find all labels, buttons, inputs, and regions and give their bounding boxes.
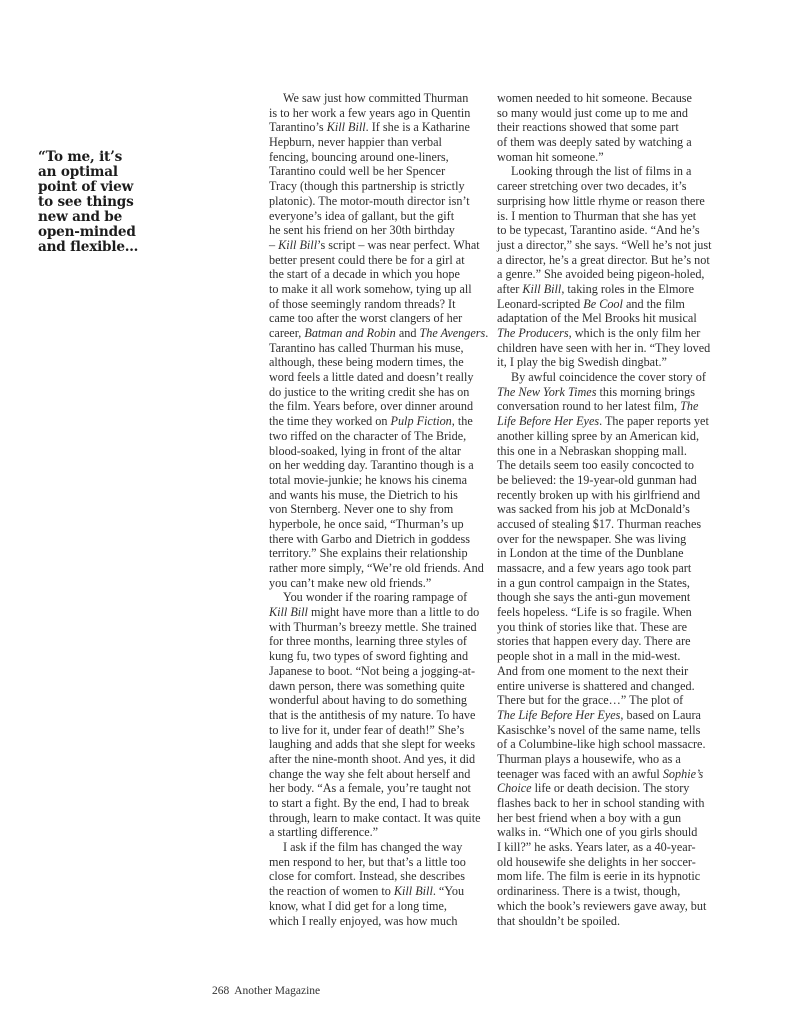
italic-title: Kill Bill bbox=[394, 884, 433, 898]
article-line: walks in. “Which one of you girls should bbox=[497, 825, 729, 840]
article-line: change the way she felt about herself an… bbox=[269, 767, 491, 782]
text-run: Thurman plays a housewife, who as a bbox=[497, 752, 681, 766]
article-line: wonderful about having to do something bbox=[269, 693, 491, 708]
article-line: her body. “As a female, you’re taught no… bbox=[269, 781, 491, 796]
text-run: total movie-junkie; he knows his cinema bbox=[269, 473, 467, 487]
text-run: was sacked from his job at McDonald’s bbox=[497, 502, 690, 516]
article-line: this one in a Nebraskan shopping mall. bbox=[497, 444, 729, 459]
italic-title: The Life Before Her Eyes bbox=[497, 708, 620, 722]
article-line: better present could there be for a girl… bbox=[269, 253, 491, 268]
text-run: . The paper reports yet bbox=[599, 414, 709, 428]
italic-title: Kill Bill bbox=[522, 282, 561, 296]
pull-quote-line: “To me, it’s bbox=[38, 150, 156, 165]
article-line: to start a fight. By the end, I had to b… bbox=[269, 796, 491, 811]
italic-title: Kill Bill bbox=[278, 238, 317, 252]
italic-title: The Avengers bbox=[419, 326, 485, 340]
text-run: that shouldn’t be spoiled. bbox=[497, 914, 620, 928]
pull-quote-line: point of view bbox=[38, 180, 156, 195]
text-run: you can’t make new old friends.” bbox=[269, 576, 431, 590]
text-run: the film. Years before, over dinner arou… bbox=[269, 399, 473, 413]
text-run: old housewife she delights in her soccer… bbox=[497, 855, 696, 869]
article-line: adaptation of the Mel Brooks hit musical bbox=[497, 311, 729, 326]
text-run: close for comfort. Instead, she describe… bbox=[269, 869, 465, 883]
text-run: and the film bbox=[623, 297, 685, 311]
text-run: a genre.” She avoided being pigeon-holed… bbox=[497, 267, 704, 281]
text-run: two riffed on the character of The Bride… bbox=[269, 429, 466, 443]
text-run: to be typecast, Tarantino aside. “And he… bbox=[497, 223, 700, 237]
text-run: just a director,” she says. “Well he’s n… bbox=[497, 238, 711, 252]
text-run: Tarantino could well be her Spencer bbox=[269, 164, 445, 178]
italic-title: Kill Bill bbox=[327, 120, 366, 134]
article-line: The details seem too easily concocted to bbox=[497, 458, 729, 473]
article-line: Leonard-scripted Be Cool and the film bbox=[497, 297, 729, 312]
article-line: teenager was faced with an awful Sophie’… bbox=[497, 767, 729, 782]
text-run: We saw just how committed Thurman bbox=[283, 91, 468, 105]
article-line: of a Columbine-like high school massacre… bbox=[497, 737, 729, 752]
article-line: two riffed on the character of The Bride… bbox=[269, 429, 491, 444]
pull-quote-line: open-minded bbox=[38, 225, 156, 240]
article-line: laughing and adds that she slept for wee… bbox=[269, 737, 491, 752]
page-number: 268 bbox=[212, 985, 229, 997]
text-run: woman hit someone.” bbox=[497, 150, 604, 164]
text-run: flashes back to her in school standing w… bbox=[497, 796, 705, 810]
text-run: for three months, learning three styles … bbox=[269, 634, 467, 648]
article-line: a genre.” She avoided being pigeon-holed… bbox=[497, 267, 729, 282]
article-line: that shouldn’t be spoiled. bbox=[497, 914, 729, 929]
article-line: blood-soaked, lying in front of the alta… bbox=[269, 444, 491, 459]
text-run: feels hopeless. “Life is so fragile. Whe… bbox=[497, 605, 692, 619]
article-line: flashes back to her in school standing w… bbox=[497, 796, 729, 811]
text-run: , taking roles in the Elmore bbox=[561, 282, 694, 296]
article-line: everyone’s idea of gallant, but the gift bbox=[269, 209, 491, 224]
text-run: life or death decision. The story bbox=[532, 781, 690, 795]
article-line: territory.” She explains their relations… bbox=[269, 546, 491, 561]
text-run: Kasischke’s novel of the same name, tell… bbox=[497, 723, 700, 737]
text-run: career stretching over two decades, it’s bbox=[497, 179, 687, 193]
article-line: for three months, learning three styles … bbox=[269, 634, 491, 649]
text-run: her best friend when a boy with a gun bbox=[497, 811, 681, 825]
text-run: , based on Laura bbox=[620, 708, 701, 722]
article-line: to live for it, under fear of death!” Sh… bbox=[269, 723, 491, 738]
article-line: fencing, bouncing around one-liners, bbox=[269, 150, 491, 165]
text-run: accused of stealing $17. Thurman reaches bbox=[497, 517, 701, 531]
article-line: people shot in a mall in the mid-west. bbox=[497, 649, 729, 664]
article-line: their reactions showed that some part bbox=[497, 120, 729, 135]
article-line: children have seen with her in. “They lo… bbox=[497, 341, 729, 356]
text-run: By awful coincidence the cover story of bbox=[511, 370, 706, 384]
article-line: just a director,” she says. “Well he’s n… bbox=[497, 238, 729, 253]
text-run: of them was deeply sated by watching a bbox=[497, 135, 692, 149]
article-line: The Life Before Her Eyes, based on Laura bbox=[497, 708, 729, 723]
pull-quote-line: new and be bbox=[38, 210, 156, 225]
text-run: a director, he’s a great director. But h… bbox=[497, 253, 710, 267]
text-run: with Thurman’s breezy mettle. She traine… bbox=[269, 620, 477, 634]
text-run: stories that happen every day. There are bbox=[497, 634, 691, 648]
text-run: women needed to hit someone. Because bbox=[497, 91, 692, 105]
text-run: over for the newspaper. She was living bbox=[497, 532, 686, 546]
article-line: though she says the anti-gun movement bbox=[497, 590, 729, 605]
text-run: change the way she felt about herself an… bbox=[269, 767, 470, 781]
article-line: recently broken up with his girlfriend a… bbox=[497, 488, 729, 503]
italic-title: Pulp Fiction bbox=[391, 414, 452, 428]
article-line: – Kill Bill’s script – was near perfect.… bbox=[269, 238, 491, 253]
publication-name: Another Magazine bbox=[234, 985, 320, 997]
text-run: this one in a Nebraskan shopping mall. bbox=[497, 444, 687, 458]
article-line: in London at the time of the Dunblane bbox=[497, 546, 729, 561]
article-line: Kasischke’s novel of the same name, tell… bbox=[497, 723, 729, 738]
article-line: which the book’s reviewers gave away, bu… bbox=[497, 899, 729, 914]
article-line: By awful coincidence the cover story of bbox=[497, 370, 729, 385]
text-run: there with Garbo and Dietrich in goddess bbox=[269, 532, 470, 546]
text-run: and wants his muse, the Dietrich to his bbox=[269, 488, 458, 502]
article-line: close for comfort. Instead, she describe… bbox=[269, 869, 491, 884]
article-line: feels hopeless. “Life is so fragile. Whe… bbox=[497, 605, 729, 620]
text-run: another killing spree by an American kid… bbox=[497, 429, 699, 443]
article-line: word feels a little dated and doesn’t re… bbox=[269, 370, 491, 385]
article-line: is to her work a few years ago in Quenti… bbox=[269, 106, 491, 121]
article-line: a director, he’s a great director. But h… bbox=[497, 253, 729, 268]
article-line: there with Garbo and Dietrich in goddess bbox=[269, 532, 491, 547]
article-line: massacre, and a few years ago took part bbox=[497, 561, 729, 576]
article-line: on her wedding day. Tarantino though is … bbox=[269, 458, 491, 473]
text-run: through, learn to make contact. It was q… bbox=[269, 811, 481, 825]
article-line: although, these being modern times, the bbox=[269, 355, 491, 370]
text-run: in London at the time of the Dunblane bbox=[497, 546, 684, 560]
text-run: entire universe is shattered and changed… bbox=[497, 679, 695, 693]
pull-quote-line: an optimal bbox=[38, 165, 156, 180]
text-run: of a Columbine-like high school massacre… bbox=[497, 737, 706, 751]
text-run: And from one moment to the next their bbox=[497, 664, 688, 678]
text-run: dawn person, there was something quite bbox=[269, 679, 465, 693]
text-run: is. I mention to Thurman that she has ye… bbox=[497, 209, 696, 223]
article-line: entire universe is shattered and changed… bbox=[497, 679, 729, 694]
text-run: , which is the only film her bbox=[569, 326, 701, 340]
text-run: word feels a little dated and doesn’t re… bbox=[269, 370, 474, 384]
text-run: . If she is a Katharine bbox=[366, 120, 470, 134]
text-run: better present could there be for a girl… bbox=[269, 253, 465, 267]
italic-title: Choice bbox=[497, 781, 532, 795]
text-run: of those seemingly random threads? It bbox=[269, 297, 455, 311]
text-run: You wonder if the roaring rampage of bbox=[283, 590, 467, 604]
italic-title: Kill Bill bbox=[269, 605, 308, 619]
article-line: in a gun control campaign in the States, bbox=[497, 576, 729, 591]
text-run: though she says the anti-gun movement bbox=[497, 590, 690, 604]
text-run: men respond to her, but that’s a little … bbox=[269, 855, 466, 869]
text-run: everyone’s idea of gallant, but the gift bbox=[269, 209, 454, 223]
text-run: career, bbox=[269, 326, 304, 340]
article-line: be believed: the 19-year-old gunman had bbox=[497, 473, 729, 488]
page-folio: 268Another Magazine bbox=[212, 985, 320, 997]
article-column-1: We saw just how committed Thurmanis to h… bbox=[269, 91, 491, 928]
italic-title: Be Cool bbox=[583, 297, 623, 311]
text-run: you think of stories like that. These ar… bbox=[497, 620, 687, 634]
article-line: over for the newspaper. She was living bbox=[497, 532, 729, 547]
text-run: to start a fight. By the end, I had to b… bbox=[269, 796, 469, 810]
article-line: to be typecast, Tarantino aside. “And he… bbox=[497, 223, 729, 238]
article-line: woman hit someone.” bbox=[497, 150, 729, 165]
text-run: children have seen with her in. “They lo… bbox=[497, 341, 710, 355]
text-run: adaptation of the Mel Brooks hit musical bbox=[497, 311, 697, 325]
article-line: Life Before Her Eyes. The paper reports … bbox=[497, 414, 729, 429]
text-run: the reaction of women to bbox=[269, 884, 394, 898]
article-line: of those seemingly random threads? It bbox=[269, 297, 491, 312]
italic-title: Batman and Robin bbox=[304, 326, 395, 340]
article-line: the film. Years before, over dinner arou… bbox=[269, 399, 491, 414]
text-run: I kill?” he asks. Years later, as a 40-y… bbox=[497, 840, 696, 854]
text-run: Tarantino’s bbox=[269, 120, 327, 134]
text-run: to make it all work somehow, tying up al… bbox=[269, 282, 472, 296]
article-line: through, learn to make contact. It was q… bbox=[269, 811, 491, 826]
text-run: although, these being modern times, the bbox=[269, 355, 464, 369]
article-line: conversation round to her latest film, T… bbox=[497, 399, 729, 414]
text-run: ordinariness. There is a twist, though, bbox=[497, 884, 680, 898]
text-run: the time they worked on bbox=[269, 414, 391, 428]
text-run: came too after the worst clangers of her bbox=[269, 311, 462, 325]
article-line: accused of stealing $17. Thurman reaches bbox=[497, 517, 729, 532]
article-line: women needed to hit someone. Because bbox=[497, 91, 729, 106]
text-run: platonic). The motor-mouth director isn’… bbox=[269, 194, 470, 208]
article-line: so many would just come up to me and bbox=[497, 106, 729, 121]
article-line: do justice to the writing credit she has… bbox=[269, 385, 491, 400]
text-run: it, I play the big Swedish dingbat.” bbox=[497, 355, 667, 369]
text-run: might have more than a little to do bbox=[308, 605, 479, 619]
text-run: which I really enjoyed, was how much bbox=[269, 914, 458, 928]
italic-title: The New York Times bbox=[497, 385, 596, 399]
text-run: is to her work a few years ago in Quenti… bbox=[269, 106, 470, 120]
text-run: recently broken up with his girlfriend a… bbox=[497, 488, 700, 502]
text-run: territory.” She explains their relations… bbox=[269, 546, 468, 560]
article-line: after the nine-month shoot. And yes, it … bbox=[269, 752, 491, 767]
text-run: after bbox=[497, 282, 522, 296]
text-run: blood-soaked, lying in front of the alta… bbox=[269, 444, 461, 458]
article-line: Japanese to boot. “Not being a jogging-a… bbox=[269, 664, 491, 679]
article-line: you think of stories like that. These ar… bbox=[497, 620, 729, 635]
article-line: kung fu, two types of sword fighting and bbox=[269, 649, 491, 664]
italic-title: The Producers bbox=[497, 326, 569, 340]
italic-title: Life Before Her Eyes bbox=[497, 414, 599, 428]
article-line: rather more simply, “We’re old friends. … bbox=[269, 561, 491, 576]
article-line: You wonder if the roaring rampage of bbox=[269, 590, 491, 605]
article-column-2: women needed to hit someone. Becauseso m… bbox=[497, 91, 729, 928]
article-line: Thurman plays a housewife, who as a bbox=[497, 752, 729, 767]
text-run: their reactions showed that some part bbox=[497, 120, 679, 134]
text-run: on her wedding day. Tarantino though is … bbox=[269, 458, 474, 472]
article-line: ordinariness. There is a twist, though, bbox=[497, 884, 729, 899]
article-line: Tarantino has called Thurman his muse, bbox=[269, 341, 491, 356]
article-line: her best friend when a boy with a gun bbox=[497, 811, 729, 826]
text-run: , the bbox=[452, 414, 473, 428]
article-line: the time they worked on Pulp Fiction, th… bbox=[269, 414, 491, 429]
article-line: know, what I did get for a long time, bbox=[269, 899, 491, 914]
article-line: of them was deeply sated by watching a bbox=[497, 135, 729, 150]
article-line: The Producers, which is the only film he… bbox=[497, 326, 729, 341]
text-run: Japanese to boot. “Not being a jogging-a… bbox=[269, 664, 475, 678]
article-line: Looking through the list of films in a bbox=[497, 164, 729, 179]
text-run: The details seem too easily concocted to bbox=[497, 458, 694, 472]
article-line: And from one moment to the next their bbox=[497, 664, 729, 679]
text-run: – bbox=[269, 238, 278, 252]
text-run: her body. “As a female, you’re taught no… bbox=[269, 781, 471, 795]
article-line: We saw just how committed Thurman bbox=[269, 91, 491, 106]
article-line: is. I mention to Thurman that she has ye… bbox=[497, 209, 729, 224]
text-run: Tracy (though this partnership is strict… bbox=[269, 179, 465, 193]
article-line: he sent his friend on her 30th birthday bbox=[269, 223, 491, 238]
text-run: Looking through the list of films in a bbox=[511, 164, 691, 178]
text-run: so many would just come up to me and bbox=[497, 106, 688, 120]
article-line: a startling difference.” bbox=[269, 825, 491, 840]
text-run: Tarantino has called Thurman his muse, bbox=[269, 341, 464, 355]
text-run: rather more simply, “We’re old friends. … bbox=[269, 561, 484, 575]
text-run: Hepburn, never happier than verbal bbox=[269, 135, 442, 149]
article-line: dawn person, there was something quite bbox=[269, 679, 491, 694]
article-line: Hepburn, never happier than verbal bbox=[269, 135, 491, 150]
pull-quote: “To me, it’san optimalpoint of viewto se… bbox=[38, 150, 156, 255]
text-run: in a gun control campaign in the States, bbox=[497, 576, 690, 590]
text-run: laughing and adds that she slept for wee… bbox=[269, 737, 475, 751]
article-line: came too after the worst clangers of her bbox=[269, 311, 491, 326]
article-line: which I really enjoyed, was how much bbox=[269, 914, 491, 929]
text-run: he sent his friend on her 30th birthday bbox=[269, 223, 455, 237]
text-run: I ask if the film has changed the way bbox=[283, 840, 462, 854]
text-run: ’s script – was near perfect. What bbox=[317, 238, 480, 252]
text-run: know, what I did get for a long time, bbox=[269, 899, 447, 913]
text-run: wonderful about having to do something bbox=[269, 693, 467, 707]
article-line: Kill Bill might have more than a little … bbox=[269, 605, 491, 620]
article-line: you can’t make new old friends.” bbox=[269, 576, 491, 591]
article-line: total movie-junkie; he knows his cinema bbox=[269, 473, 491, 488]
article-line: The New York Times this morning brings bbox=[497, 385, 729, 400]
article-line: von Sternberg. Never one to shy from bbox=[269, 502, 491, 517]
text-run: to live for it, under fear of death!” Sh… bbox=[269, 723, 464, 737]
text-run: be believed: the 19-year-old gunman had bbox=[497, 473, 697, 487]
text-run: walks in. “Which one of you girls should bbox=[497, 825, 697, 839]
text-run: fencing, bouncing around one-liners, bbox=[269, 150, 449, 164]
text-run: which the book’s reviewers gave away, bu… bbox=[497, 899, 706, 913]
article-line: Tracy (though this partnership is strict… bbox=[269, 179, 491, 194]
article-line: to make it all work somehow, tying up al… bbox=[269, 282, 491, 297]
text-run: . “You bbox=[433, 884, 464, 898]
text-run: a startling difference.” bbox=[269, 825, 378, 839]
article-line: and wants his muse, the Dietrich to his bbox=[269, 488, 491, 503]
article-line: platonic). The motor-mouth director isn’… bbox=[269, 194, 491, 209]
text-run: that is the antithesis of my nature. To … bbox=[269, 708, 475, 722]
article-line: Choice life or death decision. The story bbox=[497, 781, 729, 796]
text-run: There but for the grace…” The plot of bbox=[497, 693, 683, 707]
text-run: surprising how little rhyme or reason th… bbox=[497, 194, 705, 208]
text-run: conversation round to her latest film, bbox=[497, 399, 680, 413]
article-line: men respond to her, but that’s a little … bbox=[269, 855, 491, 870]
article-line: There but for the grace…” The plot of bbox=[497, 693, 729, 708]
article-line: it, I play the big Swedish dingbat.” bbox=[497, 355, 729, 370]
article-line: I kill?” he asks. Years later, as a 40-y… bbox=[497, 840, 729, 855]
text-run: von Sternberg. Never one to shy from bbox=[269, 502, 453, 516]
article-line: Tarantino’s Kill Bill. If she is a Katha… bbox=[269, 120, 491, 135]
text-run: mom life. The film is eerie in its hypno… bbox=[497, 869, 700, 883]
article-line: surprising how little rhyme or reason th… bbox=[497, 194, 729, 209]
text-run: and bbox=[396, 326, 420, 340]
text-run: after the nine-month shoot. And yes, it … bbox=[269, 752, 475, 766]
article-line: stories that happen every day. There are bbox=[497, 634, 729, 649]
italic-title: The bbox=[680, 399, 698, 413]
text-run: Leonard-scripted bbox=[497, 297, 583, 311]
article-line: career, Batman and Robin and The Avenger… bbox=[269, 326, 491, 341]
text-run: do justice to the writing credit she has… bbox=[269, 385, 469, 399]
text-run: . bbox=[485, 326, 488, 340]
italic-title: Sophie’s bbox=[663, 767, 703, 781]
pull-quote-line: and flexible… bbox=[38, 240, 156, 255]
text-run: the start of a decade in which you hope bbox=[269, 267, 460, 281]
article-line: after Kill Bill, taking roles in the Elm… bbox=[497, 282, 729, 297]
pull-quote-line: to see things bbox=[38, 195, 156, 210]
article-line: hyperbole, he once said, “Thurman’s up bbox=[269, 517, 491, 532]
article-line: the start of a decade in which you hope bbox=[269, 267, 491, 282]
article-line: I ask if the film has changed the way bbox=[269, 840, 491, 855]
text-run: kung fu, two types of sword fighting and bbox=[269, 649, 468, 663]
article-line: mom life. The film is eerie in its hypno… bbox=[497, 869, 729, 884]
article-line: that is the antithesis of my nature. To … bbox=[269, 708, 491, 723]
text-run: people shot in a mall in the mid-west. bbox=[497, 649, 680, 663]
article-line: career stretching over two decades, it’s bbox=[497, 179, 729, 194]
article-line: Tarantino could well be her Spencer bbox=[269, 164, 491, 179]
article-line: with Thurman’s breezy mettle. She traine… bbox=[269, 620, 491, 635]
text-run: this morning brings bbox=[596, 385, 695, 399]
article-line: the reaction of women to Kill Bill. “You bbox=[269, 884, 491, 899]
article-line: was sacked from his job at McDonald’s bbox=[497, 502, 729, 517]
text-run: massacre, and a few years ago took part bbox=[497, 561, 691, 575]
article-line: another killing spree by an American kid… bbox=[497, 429, 729, 444]
text-run: hyperbole, he once said, “Thurman’s up bbox=[269, 517, 464, 531]
article-line: old housewife she delights in her soccer… bbox=[497, 855, 729, 870]
text-run: teenager was faced with an awful bbox=[497, 767, 663, 781]
